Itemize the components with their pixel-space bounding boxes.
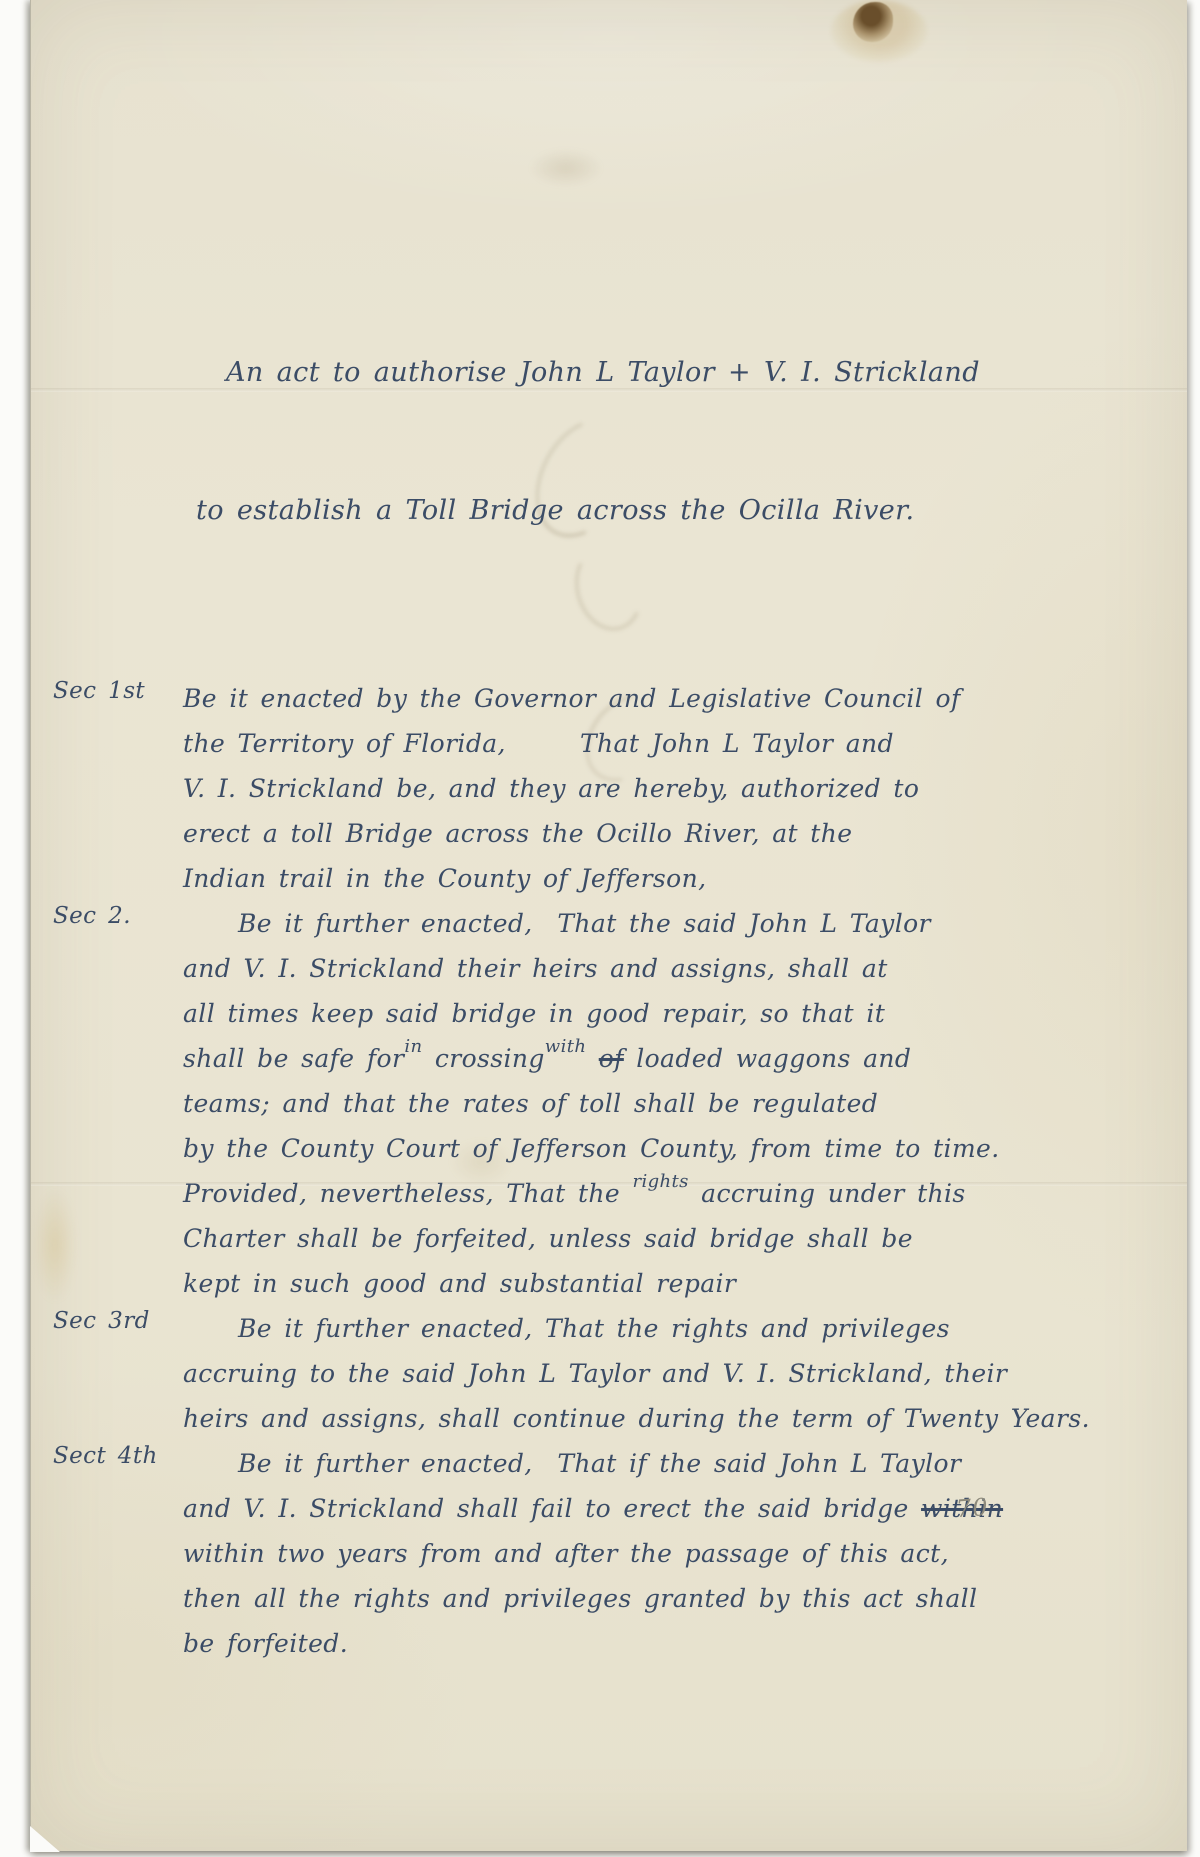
struck-word: of (599, 1044, 624, 1073)
manuscript-text: Be it enacted by the Governor and Legisl… (183, 684, 961, 713)
section-body: Be it further enacted, That the said Joh… (183, 901, 1127, 1306)
inserted-word: with (545, 1024, 587, 1069)
manuscript-line: Indian trail in the County of Jefferson, (183, 856, 1127, 901)
manuscript-line: kept in such good and substantial repair (183, 1261, 1127, 1306)
manuscript-line: V. I. Strickland be, and they are hereby… (183, 766, 1127, 811)
stain (831, 0, 927, 62)
manuscript-text: and V. I. Strickland their heirs and ass… (183, 954, 888, 983)
manuscript-text: V. I. Strickland be, and they are hereby… (183, 774, 919, 803)
manuscript-text: accruing to the said John L Taylor and V… (183, 1359, 1007, 1388)
manuscript-line: Be it further enacted, That the rights a… (183, 1306, 1127, 1351)
manuscript-text: accruing under this (689, 1179, 966, 1208)
manuscript-text: by the County Court of Jefferson County,… (183, 1134, 1000, 1163)
stain (531, 150, 601, 186)
stain (35, 1190, 75, 1300)
section-body: Be it further enacted, That if the said … (183, 1441, 1127, 1666)
manuscript-line: teams; and that the rates of toll shall … (183, 1081, 1127, 1126)
manuscript-line: erect a toll Bridge across the Ocillo Ri… (183, 811, 1127, 856)
manuscript-text: within two years from and after the pass… (183, 1539, 949, 1568)
manuscript-text: Provided, nevertheless, That the (183, 1179, 632, 1208)
scanned-document: An act to authorise John L Taylor + V. I… (0, 0, 1200, 1857)
manuscript-text: be forfeited. (183, 1629, 348, 1658)
manuscript-text: Be it further enacted, That if the said … (238, 1449, 961, 1478)
section-label: Sect 4th (53, 1443, 173, 1469)
section-label: Sec 3rd (53, 1308, 173, 1334)
manuscript-line: accruing to the said John L Taylor and V… (183, 1351, 1127, 1396)
manuscript-line: Charter shall be forfeited, unless said … (183, 1216, 1127, 1261)
manuscript-line: Provided, nevertheless, That the rights … (183, 1171, 1127, 1216)
manuscript-text: loaded waggons and (624, 1044, 912, 1073)
manuscript-text: erect a toll Bridge across the Ocillo Ri… (183, 819, 852, 848)
inserted-word: rights (632, 1159, 688, 1204)
title-line-1: An act to authorise John L Taylor + V. I… (196, 350, 1187, 396)
manuscript-text: Be it further enacted, That the rights a… (238, 1314, 950, 1343)
manuscript-text: Be it further enacted, That the said Joh… (238, 909, 931, 938)
manuscript-text: shall be safe for (183, 1044, 404, 1073)
manuscript-text: Charter shall be forfeited, unless said … (183, 1224, 913, 1253)
manuscript-line: be forfeited. (183, 1621, 1127, 1666)
section: Sec 3rdBe it further enacted, That the r… (183, 1306, 1127, 1441)
stain (853, 2, 893, 42)
manuscript-text: kept in such good and substantial repair (183, 1269, 736, 1298)
manuscript-line: and V. I. Strickland their heirs and ass… (183, 946, 1127, 991)
section-label: Sec 1st (53, 678, 173, 704)
title-line-2: to establish a Toll Bridge across the Oc… (196, 488, 1187, 534)
section: Sec 2.Be it further enacted, That the sa… (183, 901, 1127, 1306)
page-number-annotation: 70 (955, 1493, 989, 1523)
manuscript-line: the Territory of Florida, That John L Ta… (183, 721, 1127, 766)
manuscript-line: Be it further enacted, That if the said … (183, 1441, 1127, 1486)
manuscript-text: the Territory of Florida, That John L Ta… (183, 729, 894, 758)
manuscript-line: within two years from and after the pass… (183, 1531, 1127, 1576)
manuscript-line: then all the rights and privileges grant… (183, 1576, 1127, 1621)
manuscript-text: then all the rights and privileges grant… (183, 1584, 977, 1613)
section-label: Sec 2. (53, 903, 173, 929)
manuscript-text: and V. I. Strickland shall fail to erect… (183, 1494, 921, 1523)
manuscript-text: heirs and assigns, shall continue during… (183, 1404, 1090, 1433)
inserted-word: in (404, 1024, 422, 1069)
manuscript-text (586, 1044, 598, 1073)
manuscript-text: teams; and that the rates of toll shall … (183, 1089, 878, 1118)
corner-dogear (30, 1826, 60, 1852)
manuscript-line: all times keep said bridge in good repai… (183, 991, 1127, 1036)
manuscript-text: Indian trail in the County of Jefferson, (183, 864, 706, 893)
manuscript-line: shall be safe forin crossingwith of load… (183, 1036, 1127, 1081)
manuscript-text: all times keep said bridge in good repai… (183, 999, 885, 1028)
manuscript-text: crossing (422, 1044, 544, 1073)
document-title: An act to authorise John L Taylor + V. I… (196, 258, 1187, 626)
manuscript-page: An act to authorise John L Taylor + V. I… (30, 0, 1187, 1851)
manuscript-line: Be it further enacted, That the said Joh… (183, 901, 1127, 946)
manuscript-line: heirs and assigns, shall continue during… (183, 1396, 1127, 1441)
manuscript-line: Be it enacted by the Governor and Legisl… (183, 676, 1127, 721)
section-body: Be it enacted by the Governor and Legisl… (183, 676, 1127, 901)
section: Sect 4thBe it further enacted, That if t… (183, 1441, 1127, 1666)
section: Sec 1stBe it enacted by the Governor and… (183, 676, 1127, 901)
section-body: Be it further enacted, That the rights a… (183, 1306, 1127, 1441)
